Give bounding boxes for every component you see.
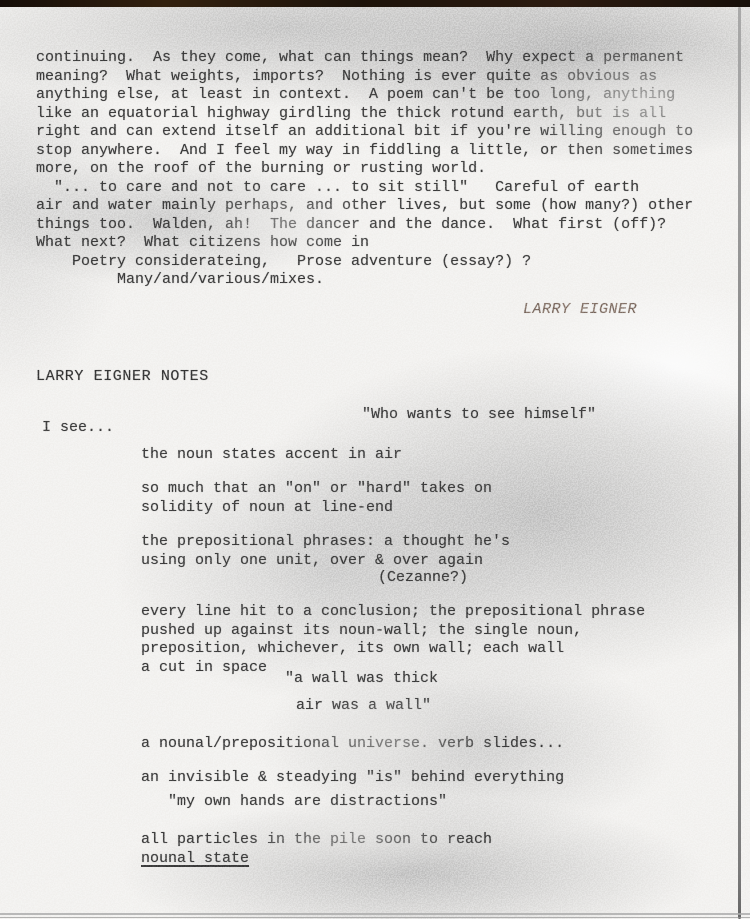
scan-top-edge [0,0,750,7]
note-nounal-state-underlined: nounal state [141,850,249,869]
scan-bottom-edge [0,913,750,915]
intro-line: I see... [42,419,114,438]
wall-quote-line1: "a wall was thick [285,670,438,689]
note-invisible-is: an invisible & steadying "is" behind eve… [141,769,564,788]
scan-right-edge [738,7,741,919]
scan-bottom-edge-2 [0,917,750,918]
note-cezanne: (Cezanne?) [378,569,468,588]
note-prepositional-phrases: the prepositional phrases: a thought he'… [141,533,510,570]
note-line-conclusion: every line hit to a conclusion; the prep… [141,603,645,677]
section-heading: LARRY EIGNER NOTES [36,368,209,387]
scanned-document-page: continuing. As they come, what can thing… [0,0,750,919]
author-signature: LARRY EIGNER [523,301,637,320]
epigraph-quote: "Who wants to see himself" [362,406,596,425]
note-noun-states: the noun states accent in air [141,446,402,465]
wall-quote-line2: air was a wall" [296,697,431,716]
note-nounal-universe: a nounal/prepositional universe. verb sl… [141,735,564,754]
note-particles: all particles in the pile soon to reach [141,831,492,850]
note-solidity: so much that an "on" or "hard" takes on … [141,479,492,517]
hands-quote: "my own hands are distractions" [168,793,447,812]
body-paragraphs: continuing. As they come, what can thing… [36,49,693,290]
